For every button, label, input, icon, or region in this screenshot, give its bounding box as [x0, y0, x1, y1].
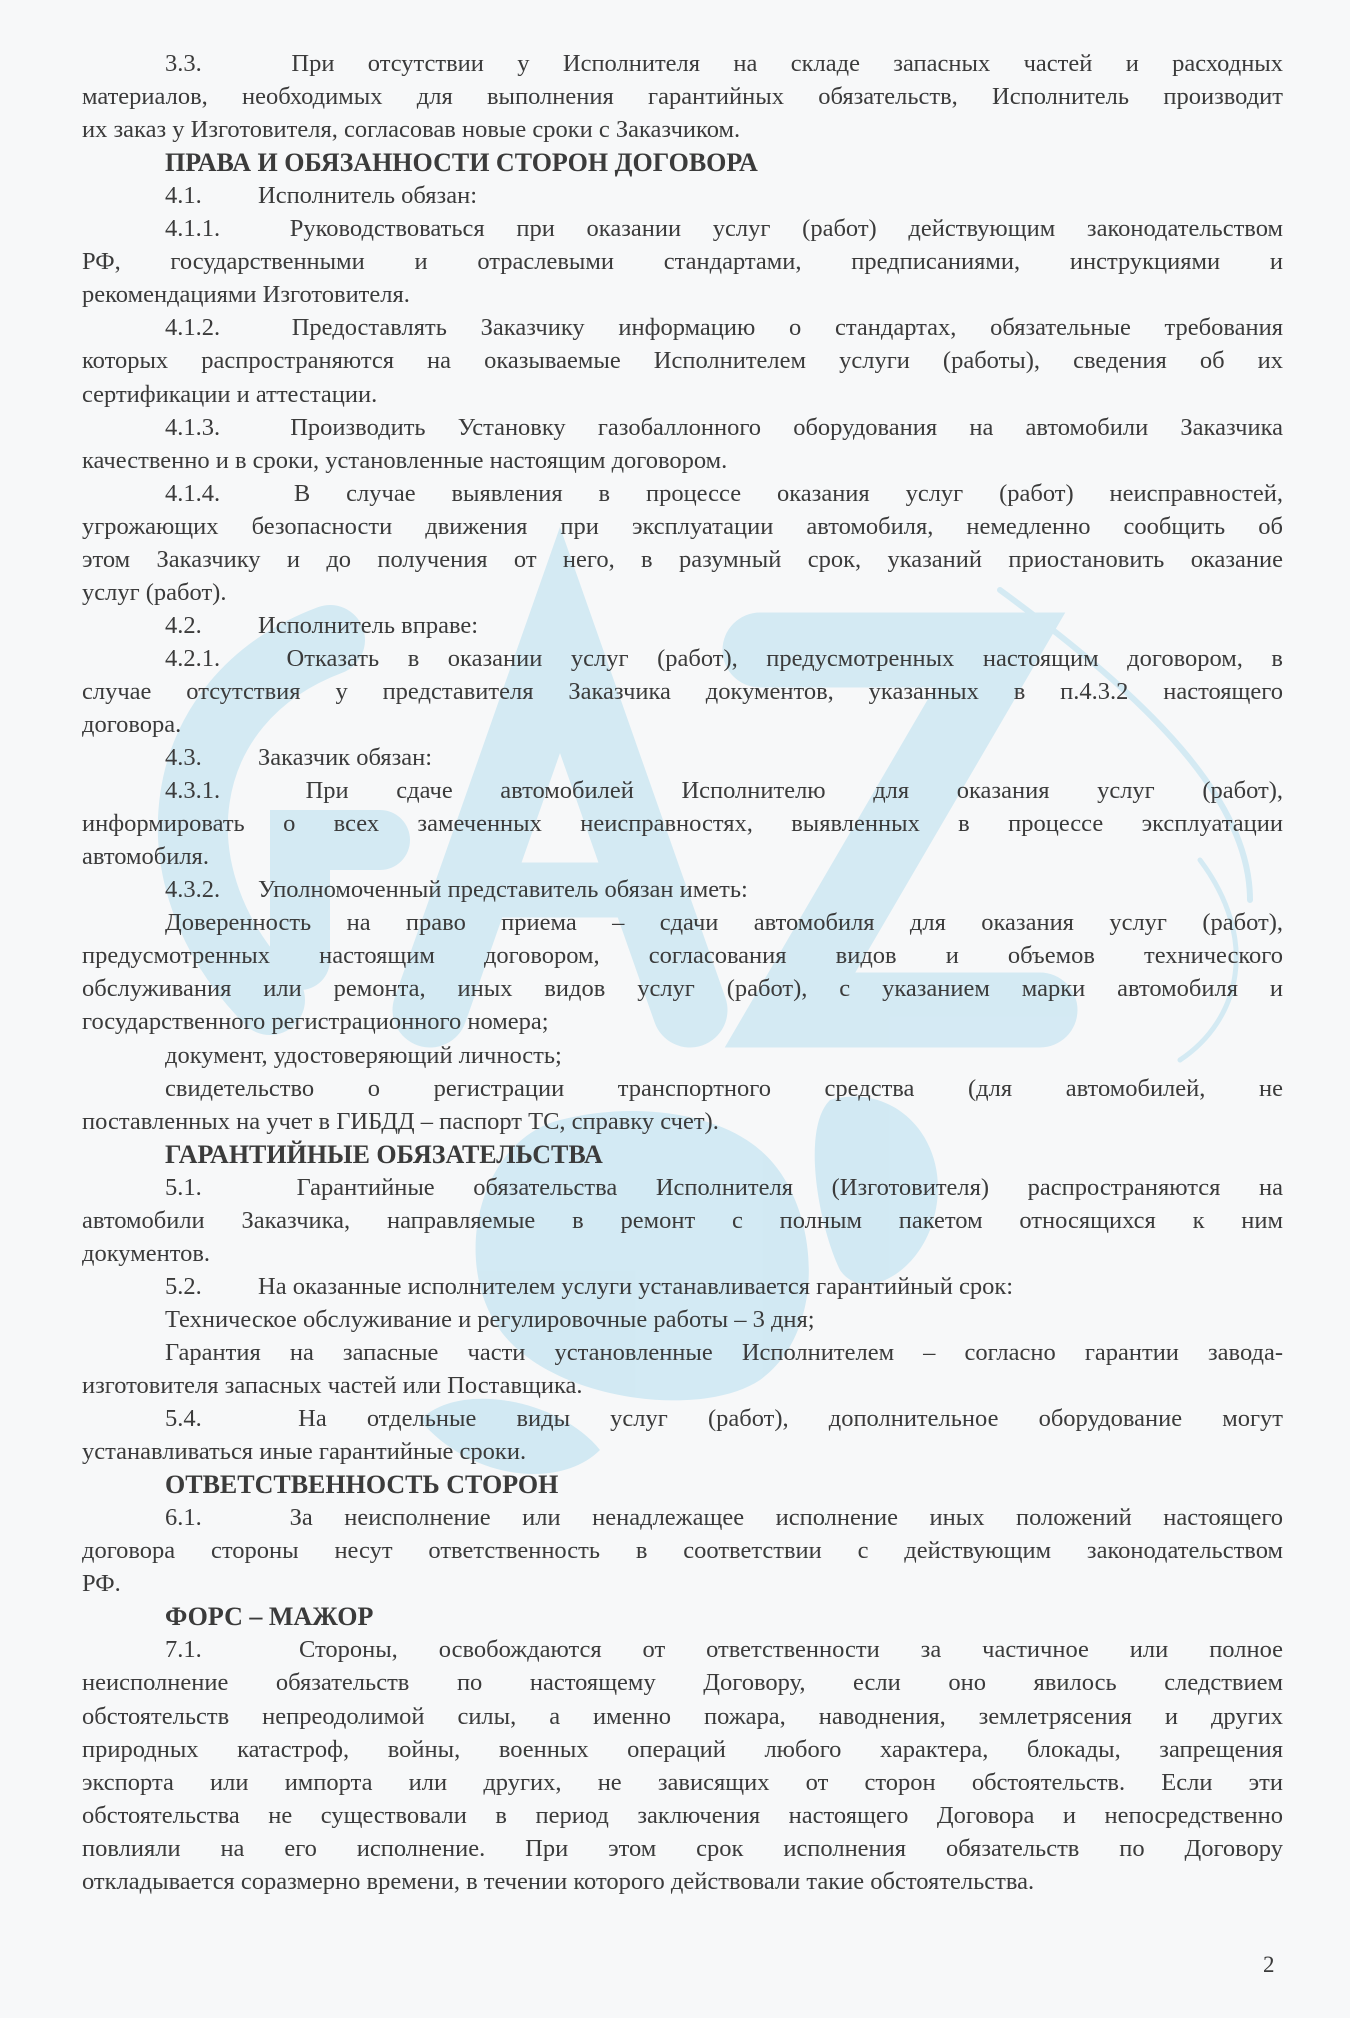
text-line: РФ. — [82, 1567, 1283, 1600]
line-text: автомобили Заказчика, направляемые в рем… — [82, 1207, 1283, 1234]
line-text: документов. — [82, 1240, 210, 1267]
text-line: 4.3.Заказчик обязан: — [165, 741, 1283, 774]
line-text: рекомендациями Изготовителя. — [82, 281, 410, 308]
clause-number: 3.3. — [165, 47, 258, 80]
text-line: экспорта или импорта или других, не зави… — [82, 1766, 1283, 1799]
line-text: информировать о всех замеченных неисправ… — [82, 810, 1283, 837]
line-text: В случае выявления в процессе оказания у… — [294, 480, 1283, 507]
clause-number: 4.1.3. — [165, 411, 258, 444]
text-line: РФ, государственными и отраслевыми станд… — [82, 245, 1283, 278]
line-text: При сдаче автомобилей Исполнителю для ок… — [306, 777, 1283, 804]
line-text: ГАРАНТИЙНЫЕ ОБЯЗАТЕЛЬСТВА — [165, 1140, 603, 1169]
line-text: их заказ у Изготовителя, согласовав новы… — [82, 116, 740, 143]
line-text: На оказанные исполнителем услуги устанав… — [258, 1273, 1013, 1300]
section-heading: ОТВЕТСТВЕННОСТЬ СТОРОН — [165, 1468, 1283, 1501]
text-line: 4.1.4. В случае выявления в процессе ока… — [165, 477, 1283, 510]
line-text: Руководствоваться при оказании услуг (ра… — [290, 215, 1283, 242]
text-line: Гарантия на запасные части установленные… — [165, 1336, 1283, 1369]
text-line: 4.1.3. Производить Установку газобаллонн… — [165, 411, 1283, 444]
text-line: 4.1.1. Руководствоваться при оказании ус… — [165, 212, 1283, 245]
text-line: 4.1.Исполнитель обязан: — [165, 179, 1283, 212]
line-text: которых распространяются на оказываемые … — [82, 347, 1283, 374]
line-text: Исполнитель обязан: — [258, 182, 477, 209]
clause-number: 4.1. — [165, 179, 258, 212]
line-text: материалов, необходимых для выполнения г… — [82, 83, 1283, 110]
line-text: поставленных на учет в ГИБДД – паспорт Т… — [82, 1108, 719, 1135]
text-line: 6.1. За неисполнение или ненадлежащее ис… — [165, 1501, 1283, 1534]
text-line: автомобиля. — [82, 840, 1283, 873]
line-text: сертификации и аттестации. — [82, 381, 377, 408]
clause-number: 6.1. — [165, 1501, 258, 1534]
text-line: откладывается соразмерно времени, в тече… — [82, 1865, 1283, 1898]
line-text: Исполнитель вправе: — [258, 612, 478, 639]
line-text: случае отсутствия у представителя Заказч… — [82, 678, 1283, 705]
text-line: природных катастроф, войны, военных опер… — [82, 1733, 1283, 1766]
line-text: услуг (работ). — [82, 579, 226, 606]
clause-number: 4.3.2. — [165, 873, 258, 906]
line-text: документ, удостоверяющий личность; — [165, 1042, 562, 1069]
text-line: случае отсутствия у представителя Заказч… — [82, 675, 1283, 708]
line-text: автомобиля. — [82, 843, 209, 870]
line-text: РФ, государственными и отраслевыми станд… — [82, 248, 1283, 275]
text-line: 4.2.Исполнитель вправе: — [165, 609, 1283, 642]
text-line: обстоятельств непреодолимой силы, а имен… — [82, 1700, 1283, 1733]
text-line: которых распространяются на оказываемые … — [82, 344, 1283, 377]
text-line: устанавливаться иные гарантийные сроки. — [82, 1435, 1283, 1468]
text-line: неисполнение обязательств по настоящему … — [82, 1666, 1283, 1699]
text-line: договора стороны несут ответственность в… — [82, 1534, 1283, 1567]
clause-number: 7.1. — [165, 1633, 258, 1666]
text-line: рекомендациями Изготовителя. — [82, 278, 1283, 311]
line-text: этом Заказчику и до получения от него, в… — [82, 546, 1283, 573]
line-text: Отказать в оказании услуг (работ), преду… — [287, 645, 1283, 672]
line-text: На отдельные виды услуг (работ), дополни… — [298, 1405, 1283, 1432]
text-line: услуг (работ). — [82, 576, 1283, 609]
line-text: Производить Установку газобаллонного обо… — [290, 414, 1283, 441]
text-line: 4.1.2. Предоставлять Заказчику информаци… — [165, 311, 1283, 344]
line-text: РФ. — [82, 1570, 121, 1597]
text-line: 4.3.1. При сдаче автомобилей Исполнителю… — [165, 774, 1283, 807]
text-line: 5.4. На отдельные виды услуг (работ), до… — [165, 1402, 1283, 1435]
line-text: ОТВЕТСТВЕННОСТЬ СТОРОН — [165, 1470, 558, 1499]
line-text: Заказчик обязан: — [258, 744, 432, 771]
line-text: Уполномоченный представитель обязан имет… — [258, 876, 748, 903]
line-text: ФОРС – МАЖОР — [165, 1602, 373, 1631]
clause-number: 4.1.2. — [165, 311, 258, 344]
text-line: их заказ у Изготовителя, согласовав новы… — [82, 113, 1283, 146]
line-text: обслуживания или ремонта, иных видов усл… — [82, 975, 1283, 1002]
line-text: обстоятельств непреодолимой силы, а имен… — [82, 1703, 1283, 1730]
text-line: 7.1. Стороны, освобождаются от ответстве… — [165, 1633, 1283, 1666]
clause-number: 4.3. — [165, 741, 258, 774]
text-line: договора. — [82, 708, 1283, 741]
line-text: ПРАВА И ОБЯЗАННОСТИ СТОРОН ДОГОВОРА — [165, 148, 758, 177]
text-line: 5.2.На оказанные исполнителем услуги уст… — [165, 1270, 1283, 1303]
text-line: материалов, необходимых для выполнения г… — [82, 80, 1283, 113]
line-text: Доверенность на право приема – сдачи авт… — [165, 909, 1283, 936]
text-line: автомобили Заказчика, направляемые в рем… — [82, 1204, 1283, 1237]
clause-number: 4.3.1. — [165, 774, 258, 807]
text-line: повлияли на его исполнение. При этом сро… — [82, 1832, 1283, 1865]
text-line: 5.1. Гарантийные обязательства Исполните… — [165, 1171, 1283, 1204]
section-heading: ПРАВА И ОБЯЗАННОСТИ СТОРОН ДОГОВОРА — [165, 146, 1283, 179]
line-text: За неисполнение или ненадлежащее исполне… — [290, 1504, 1283, 1531]
clause-number: 4.1.1. — [165, 212, 258, 245]
text-line: информировать о всех замеченных неисправ… — [82, 807, 1283, 840]
section-heading: ГАРАНТИЙНЫЕ ОБЯЗАТЕЛЬСТВА — [165, 1138, 1283, 1171]
line-text: свидетельство о регистрации транспортног… — [165, 1075, 1283, 1102]
text-line: документов. — [82, 1237, 1283, 1270]
line-text: Стороны, освобождаются от ответственност… — [299, 1636, 1283, 1663]
text-line: свидетельство о регистрации транспортног… — [165, 1072, 1283, 1105]
text-line: изготовителя запасных частей или Поставщ… — [82, 1369, 1283, 1402]
line-text: экспорта или импорта или других, не зави… — [82, 1769, 1283, 1796]
text-line: 4.3.2.Уполномоченный представитель обяза… — [165, 873, 1283, 906]
line-text: предусмотренных настоящим договором, сог… — [82, 942, 1283, 969]
text-line: Доверенность на право приема – сдачи авт… — [165, 906, 1283, 939]
line-text: откладывается соразмерно времени, в тече… — [82, 1868, 1034, 1895]
document-page: 3.3. При отсутствии у Исполнителя на скл… — [0, 0, 1350, 2018]
clause-number: 5.1. — [165, 1171, 258, 1204]
text-line: качественно и в сроки, установленные нас… — [82, 444, 1283, 477]
text-line: государственного регистрационного номера… — [82, 1005, 1283, 1038]
clause-number: 5.2. — [165, 1270, 258, 1303]
line-text: Гарантия на запасные части установленные… — [165, 1339, 1283, 1366]
line-text: Гарантийные обязательства Исполнителя (И… — [297, 1174, 1283, 1201]
line-text: Предоставлять Заказчику информацию о ста… — [292, 314, 1283, 341]
line-text: повлияли на его исполнение. При этом сро… — [82, 1835, 1283, 1862]
clause-number: 4.1.4. — [165, 477, 258, 510]
line-text: угрожающих безопасности движения при экс… — [82, 513, 1283, 540]
text-line: Техническое обслуживание и регулировочны… — [165, 1303, 1283, 1336]
text-line: этом Заказчику и до получения от него, в… — [82, 543, 1283, 576]
line-text: природных катастроф, войны, военных опер… — [82, 1736, 1283, 1763]
text-line: 4.2.1. Отказать в оказании услуг (работ)… — [165, 642, 1283, 675]
section-heading: ФОРС – МАЖОР — [165, 1600, 1283, 1633]
line-text: устанавливаться иные гарантийные сроки. — [82, 1438, 526, 1465]
page-number: 2 — [1263, 1950, 1275, 1980]
text-line: угрожающих безопасности движения при экс… — [82, 510, 1283, 543]
text-line: обстоятельства не существовали в период … — [82, 1799, 1283, 1832]
line-text: государственного регистрационного номера… — [82, 1008, 549, 1035]
text-line: документ, удостоверяющий личность; — [165, 1039, 1283, 1072]
line-text: обстоятельства не существовали в период … — [82, 1802, 1283, 1829]
line-text: качественно и в сроки, установленные нас… — [82, 447, 727, 474]
line-text: изготовителя запасных частей или Поставщ… — [82, 1372, 583, 1399]
line-text: договора. — [82, 711, 181, 738]
text-line: поставленных на учет в ГИБДД – паспорт Т… — [82, 1105, 1283, 1138]
clause-number: 4.2. — [165, 609, 258, 642]
clause-number: 5.4. — [165, 1402, 258, 1435]
text-line: предусмотренных настоящим договором, сог… — [82, 939, 1283, 972]
clause-number: 4.2.1. — [165, 642, 258, 675]
line-text: Техническое обслуживание и регулировочны… — [165, 1306, 815, 1333]
text-line: сертификации и аттестации. — [82, 378, 1283, 411]
text-line: обслуживания или ремонта, иных видов усл… — [82, 972, 1283, 1005]
line-text: неисполнение обязательств по настоящему … — [82, 1669, 1283, 1696]
line-text: договора стороны несут ответственность в… — [82, 1537, 1283, 1564]
line-text: При отсутствии у Исполнителя на складе з… — [291, 50, 1283, 77]
text-line: 3.3. При отсутствии у Исполнителя на скл… — [165, 47, 1283, 80]
